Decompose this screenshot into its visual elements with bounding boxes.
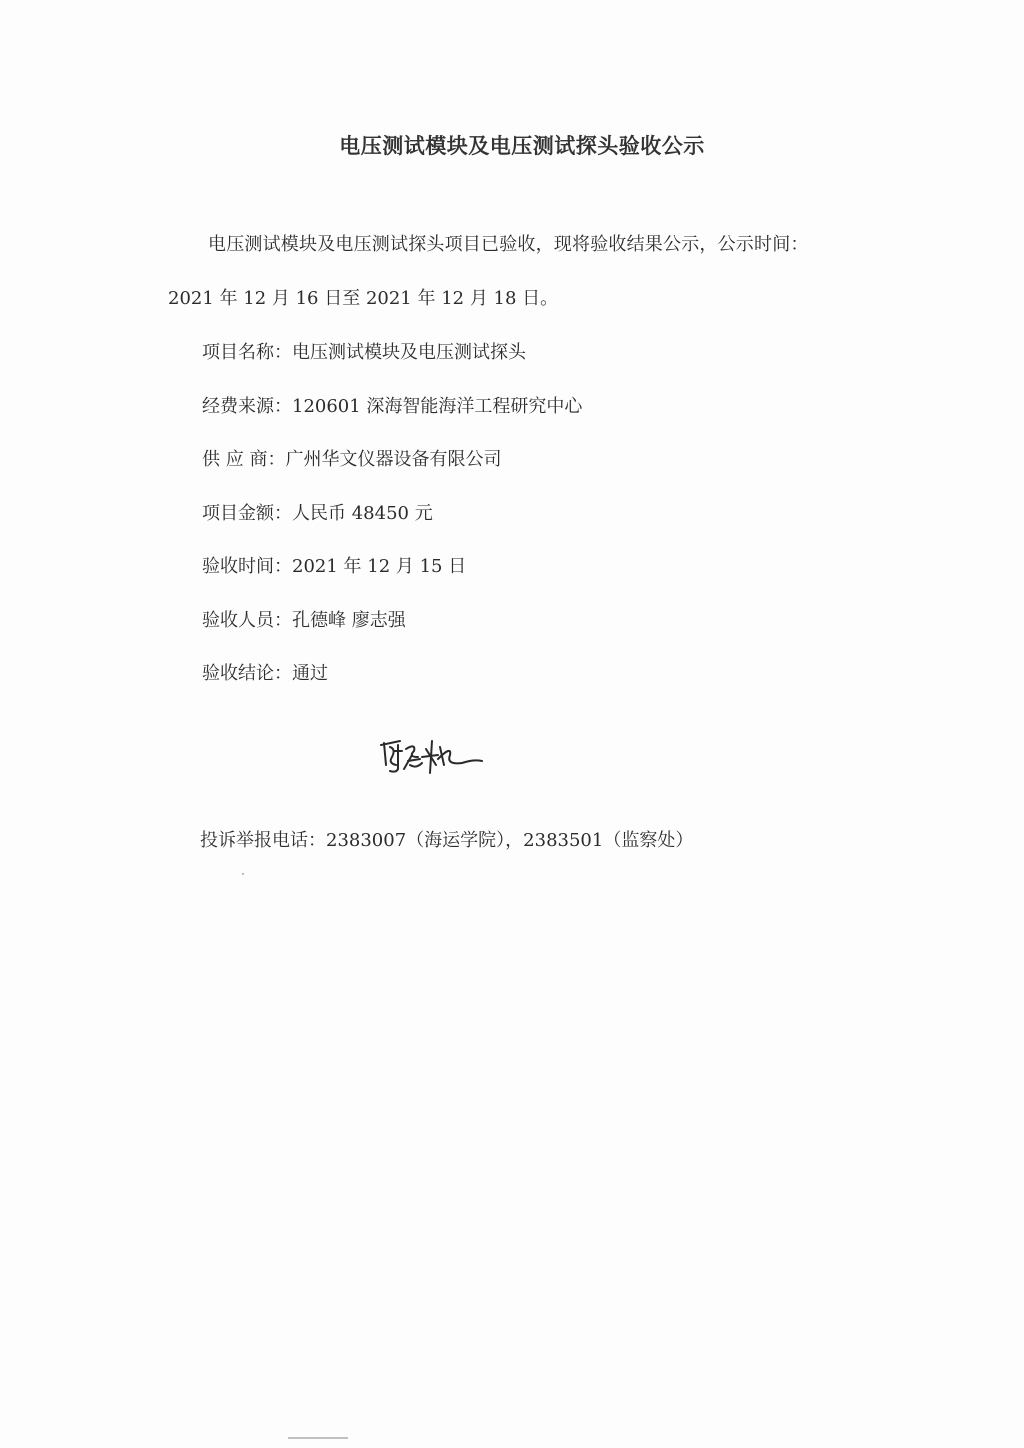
scan-speck xyxy=(242,873,244,875)
field-value: 120601 深海智能海洋工程研究中心 xyxy=(292,396,582,417)
field-supplier: 供 应 商：广州华文仪器设备有限公司 xyxy=(202,445,501,471)
field-value: 2021 年 12 月 15 日 xyxy=(292,556,466,577)
field-label: 项目名称： xyxy=(202,342,292,363)
complaint-hotline: 投诉举报电话：2383007（海运学院），2383501（监察处） xyxy=(200,826,693,852)
field-value: 人民币 48450 元 xyxy=(292,503,433,524)
field-project-name: 项目名称：电压测试模块及电压测试探头 xyxy=(202,338,526,364)
document-title: 电压测试模块及电压测试探头验收公示 xyxy=(0,130,1024,160)
field-value: 孔德峰 廖志强 xyxy=(292,610,406,631)
field-label: 经费来源： xyxy=(202,396,292,417)
field-acceptance-date: 验收时间：2021 年 12 月 15 日 xyxy=(202,552,466,578)
field-acceptance-personnel: 验收人员：孔德峰 廖志强 xyxy=(202,606,406,632)
field-label: 项目金额： xyxy=(202,503,292,524)
field-project-amount: 项目金额：人民币 48450 元 xyxy=(202,499,433,525)
field-acceptance-conclusion: 验收结论：通过 xyxy=(202,659,328,685)
field-label: 验收结论： xyxy=(202,663,292,684)
scan-edge-mark xyxy=(288,1437,348,1439)
intro-paragraph-line1: 电压测试模块及电压测试探头项目已验收，现将验收结果公示，公示时间： xyxy=(208,230,809,256)
field-value: 通过 xyxy=(292,663,328,684)
field-value: 广州华文仪器设备有限公司 xyxy=(285,449,501,470)
field-label: 供 应 商： xyxy=(202,449,285,470)
field-value: 电压测试模块及电压测试探头 xyxy=(292,342,526,363)
field-funding-source: 经费来源：120601 深海智能海洋工程研究中心 xyxy=(202,392,582,418)
field-label: 验收时间： xyxy=(202,556,292,577)
handwritten-signature xyxy=(378,735,488,785)
intro-paragraph-line2: 2021 年 12 月 16 日至 2021 年 12 月 18 日。 xyxy=(168,284,558,310)
field-label: 验收人员： xyxy=(202,610,292,631)
